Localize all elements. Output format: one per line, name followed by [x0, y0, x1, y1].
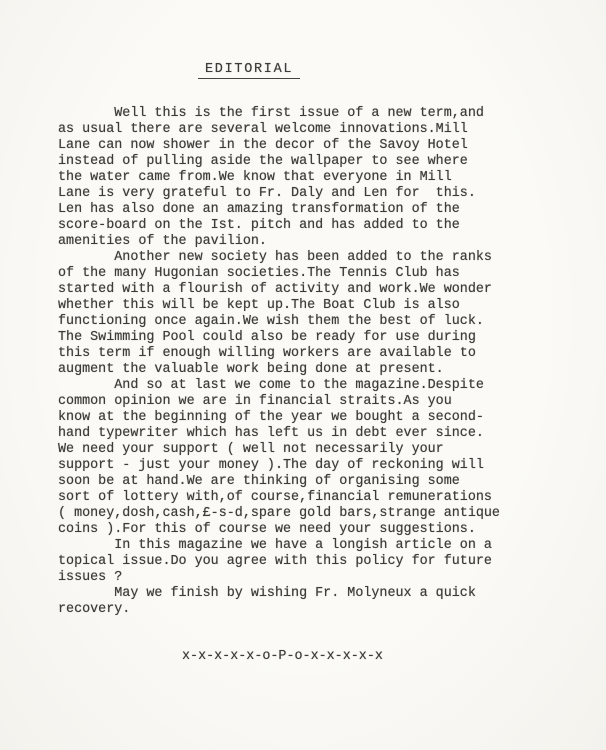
editorial-title: EDITORIAL [198, 62, 300, 79]
document-page: EDITORIAL Well this is the first issue o… [0, 0, 606, 750]
paragraph-societies: Another new society has been added to th… [58, 250, 563, 378]
paragraph-closing-wish: May we finish by wishing Fr. Molyneux a … [58, 586, 563, 618]
paragraph-finances: And so at last we come to the magazine.D… [58, 378, 563, 538]
paragraph-topical-issue: In this magazine we have a longish artic… [58, 538, 563, 586]
footer-decoration: x-x-x-x-x-o-P-o-x-x-x-x-x [182, 649, 383, 664]
document-body: Well this is the first issue of a new te… [58, 106, 563, 618]
paragraph-innovations: Well this is the first issue of a new te… [58, 106, 563, 250]
